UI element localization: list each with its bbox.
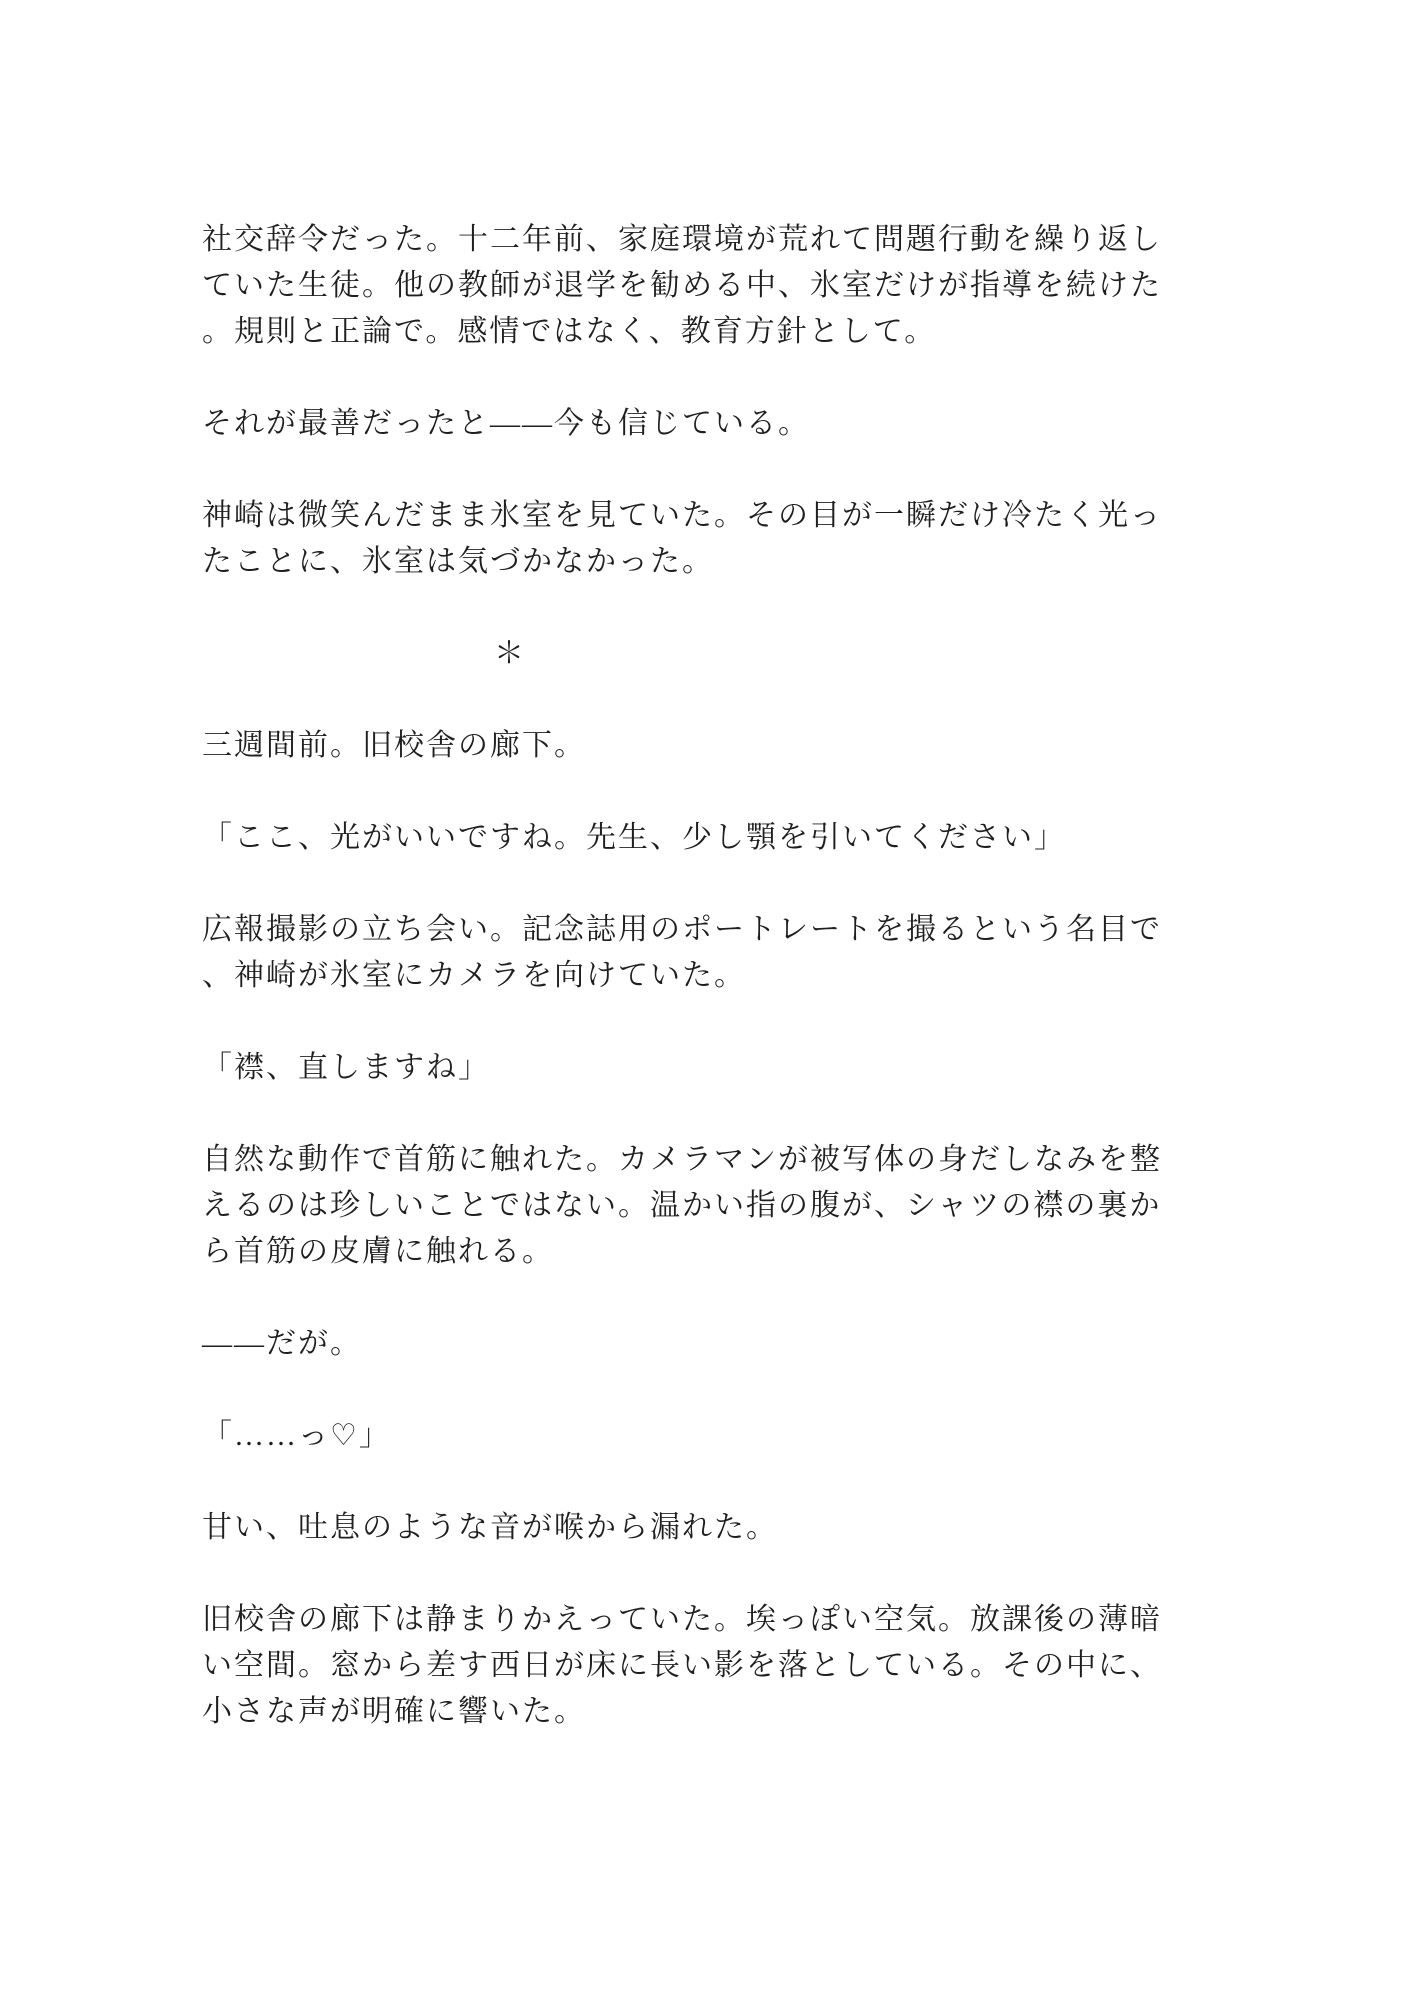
paragraph: 自然な動作で首筋に触れた。カメラマンが被写体の身だしなみを整えるのは珍しいことで… [202,1137,1167,1275]
paragraph: 甘い、吐息のような音が喉から漏れた。 [202,1505,1167,1551]
paragraph: 社交辞令だった。十二年前、家庭環境が荒れて問題行動を繰り返していた生徒。他の教師… [202,217,1167,355]
paragraph: 「ここ、光がいいですね。先生、少し顎を引いてください」 [202,815,1167,861]
paragraph: 広報撮影の立ち会い。記念誌用のポートレートを撮るという名目で、神崎が氷室にカメラ… [202,907,1167,999]
document-page: 社交辞令だった。十二年前、家庭環境が荒れて問題行動を繰り返していた生徒。他の教師… [0,0,1415,2000]
scene-divider: ＊ [202,631,1167,677]
paragraph: 神崎は微笑んだまま氷室を見ていた。その目が一瞬だけ冷たく光ったことに、氷室は気づ… [202,493,1167,585]
paragraph: それが最善だったと——今も信じている。 [202,401,1167,447]
paragraph: 「襟、直しますね」 [202,1045,1167,1091]
paragraph: 「……っ♡」 [202,1413,1167,1459]
paragraph: 旧校舎の廊下は静まりかえっていた。埃っぽい空気。放課後の薄暗い空間。窓から差す西… [202,1597,1167,1735]
paragraph: 三週間前。旧校舎の廊下。 [202,723,1167,769]
paragraph: ——だが。 [202,1321,1167,1367]
document-body: 社交辞令だった。十二年前、家庭環境が荒れて問題行動を繰り返していた生徒。他の教師… [202,217,1167,1781]
